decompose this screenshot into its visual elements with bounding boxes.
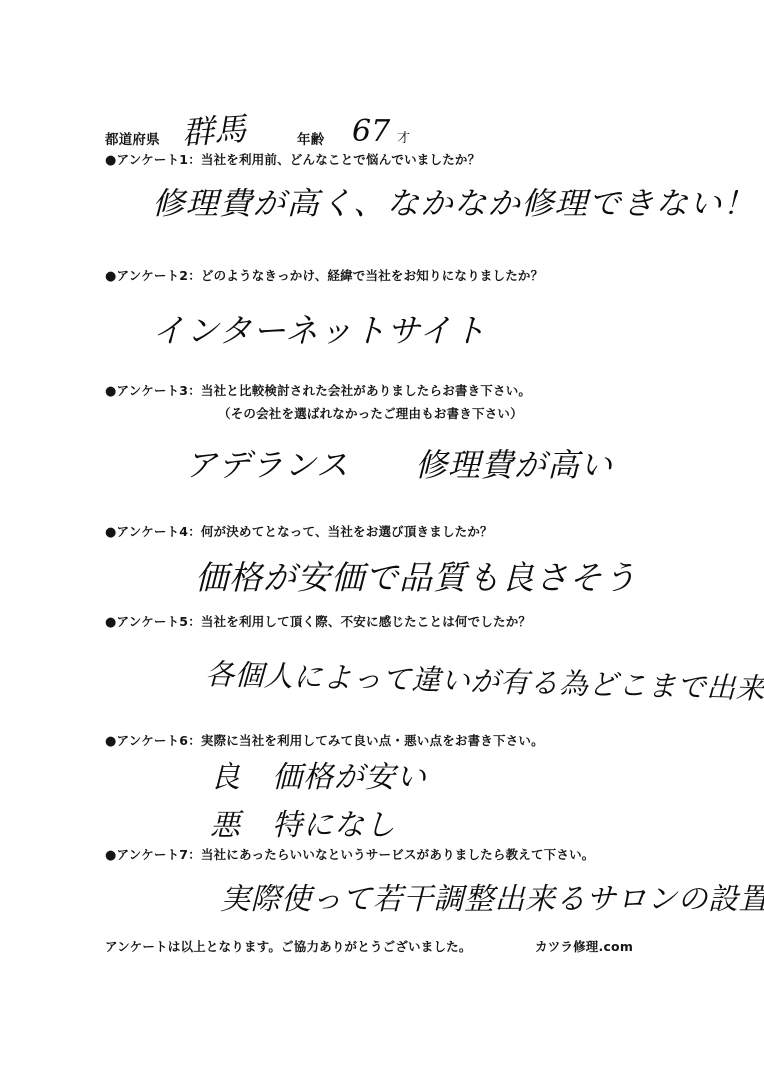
question-5-text: 当社を利用して頂く際、不安に感じたことは何でしたか？ [201,614,531,629]
question-2-answer: インターネットサイト [152,305,487,352]
question-5-prompt: ●アンケート5：当社を利用して頂く際、不安に感じたことは何でしたか？ [105,612,531,630]
question-6-text: 実際に当社を利用してみて良い点・悪い点をお書き下さい。 [201,733,544,748]
bullet-icon: ● [105,615,117,630]
question-3-text: 当社と比較検討された会社がありましたらお書き下さい。 [201,383,531,398]
age-value: 67 [352,114,390,149]
question-7-label: アンケート7： [117,847,201,862]
question-6-prompt: ●アンケート6：実際に当社を利用してみて良い点・悪い点をお書き下さい。 [105,731,544,749]
question-4-label: アンケート4： [117,524,201,539]
closing-text: アンケートは以上となります。ご協力ありがとうございました。 [105,937,472,955]
question-2-text: どのようなきっかけ、経緯で当社をお知りになりましたか？ [201,268,543,283]
question-4-text: 何が決めてとなって、当社をお選び頂きましたか？ [201,524,493,539]
question-2-label: アンケート2： [117,268,201,283]
bullet-icon: ● [105,153,117,168]
brand-name: カツラ修理.com [535,937,633,955]
bullet-icon: ● [105,848,117,863]
question-4-prompt: ●アンケート4：何が決めてとなって、当社をお選び頂きましたか？ [105,522,493,540]
question-7-answer: 実際使って若干調整出来るサロンの設置 [220,874,764,918]
question-5-answer: 各個人によって違いが有る為どこまで出来るか？ [204,652,764,710]
age-unit: 才 [397,127,410,146]
question-6-answer-good: 良 価格が安い [210,752,427,796]
question-7-text: 当社にあったらいいなというサービスがありましたら教えて下さい。 [201,847,595,862]
question-3-answer: アデランス 修理費が高い [185,440,613,486]
bullet-icon: ● [105,269,117,284]
question-5-label: アンケート5： [117,614,201,629]
question-3-subtext: （その会社を選ばれなかったご理由もお書き下さい） [218,404,523,422]
question-1-prompt: ●アンケート1：当社を利用前、どんなことで悩んでいましたか？ [105,150,480,168]
question-3-label: アンケート3： [117,383,201,398]
question-7-prompt: ●アンケート7：当社にあったらいいなというサービスがありましたら教えて下さい。 [105,845,594,863]
question-1-text: 当社を利用前、どんなことで悩んでいましたか？ [201,152,480,167]
question-6-answer-bad: 悪 特になし [210,800,396,844]
question-6-label: アンケート6： [117,733,201,748]
question-3-prompt: ●アンケート3：当社と比較検討された会社がありましたらお書き下さい。 [105,381,531,399]
question-4-answer: 価格が安価で品質も良さそう [195,552,637,599]
bullet-icon: ● [105,734,117,749]
bullet-icon: ● [105,525,117,540]
bullet-icon: ● [105,384,117,399]
prefecture-label: 都道府県 [105,128,160,148]
question-1-answer: 修理費が高く、なかなか修理できない！ [152,178,756,223]
question-1-label: アンケート1： [117,152,201,167]
question-2-prompt: ●アンケート2：どのようなきっかけ、経緯で当社をお知りになりましたか？ [105,266,543,284]
prefecture-value: 群馬 [180,104,247,154]
age-label: 年齢 [297,128,324,148]
